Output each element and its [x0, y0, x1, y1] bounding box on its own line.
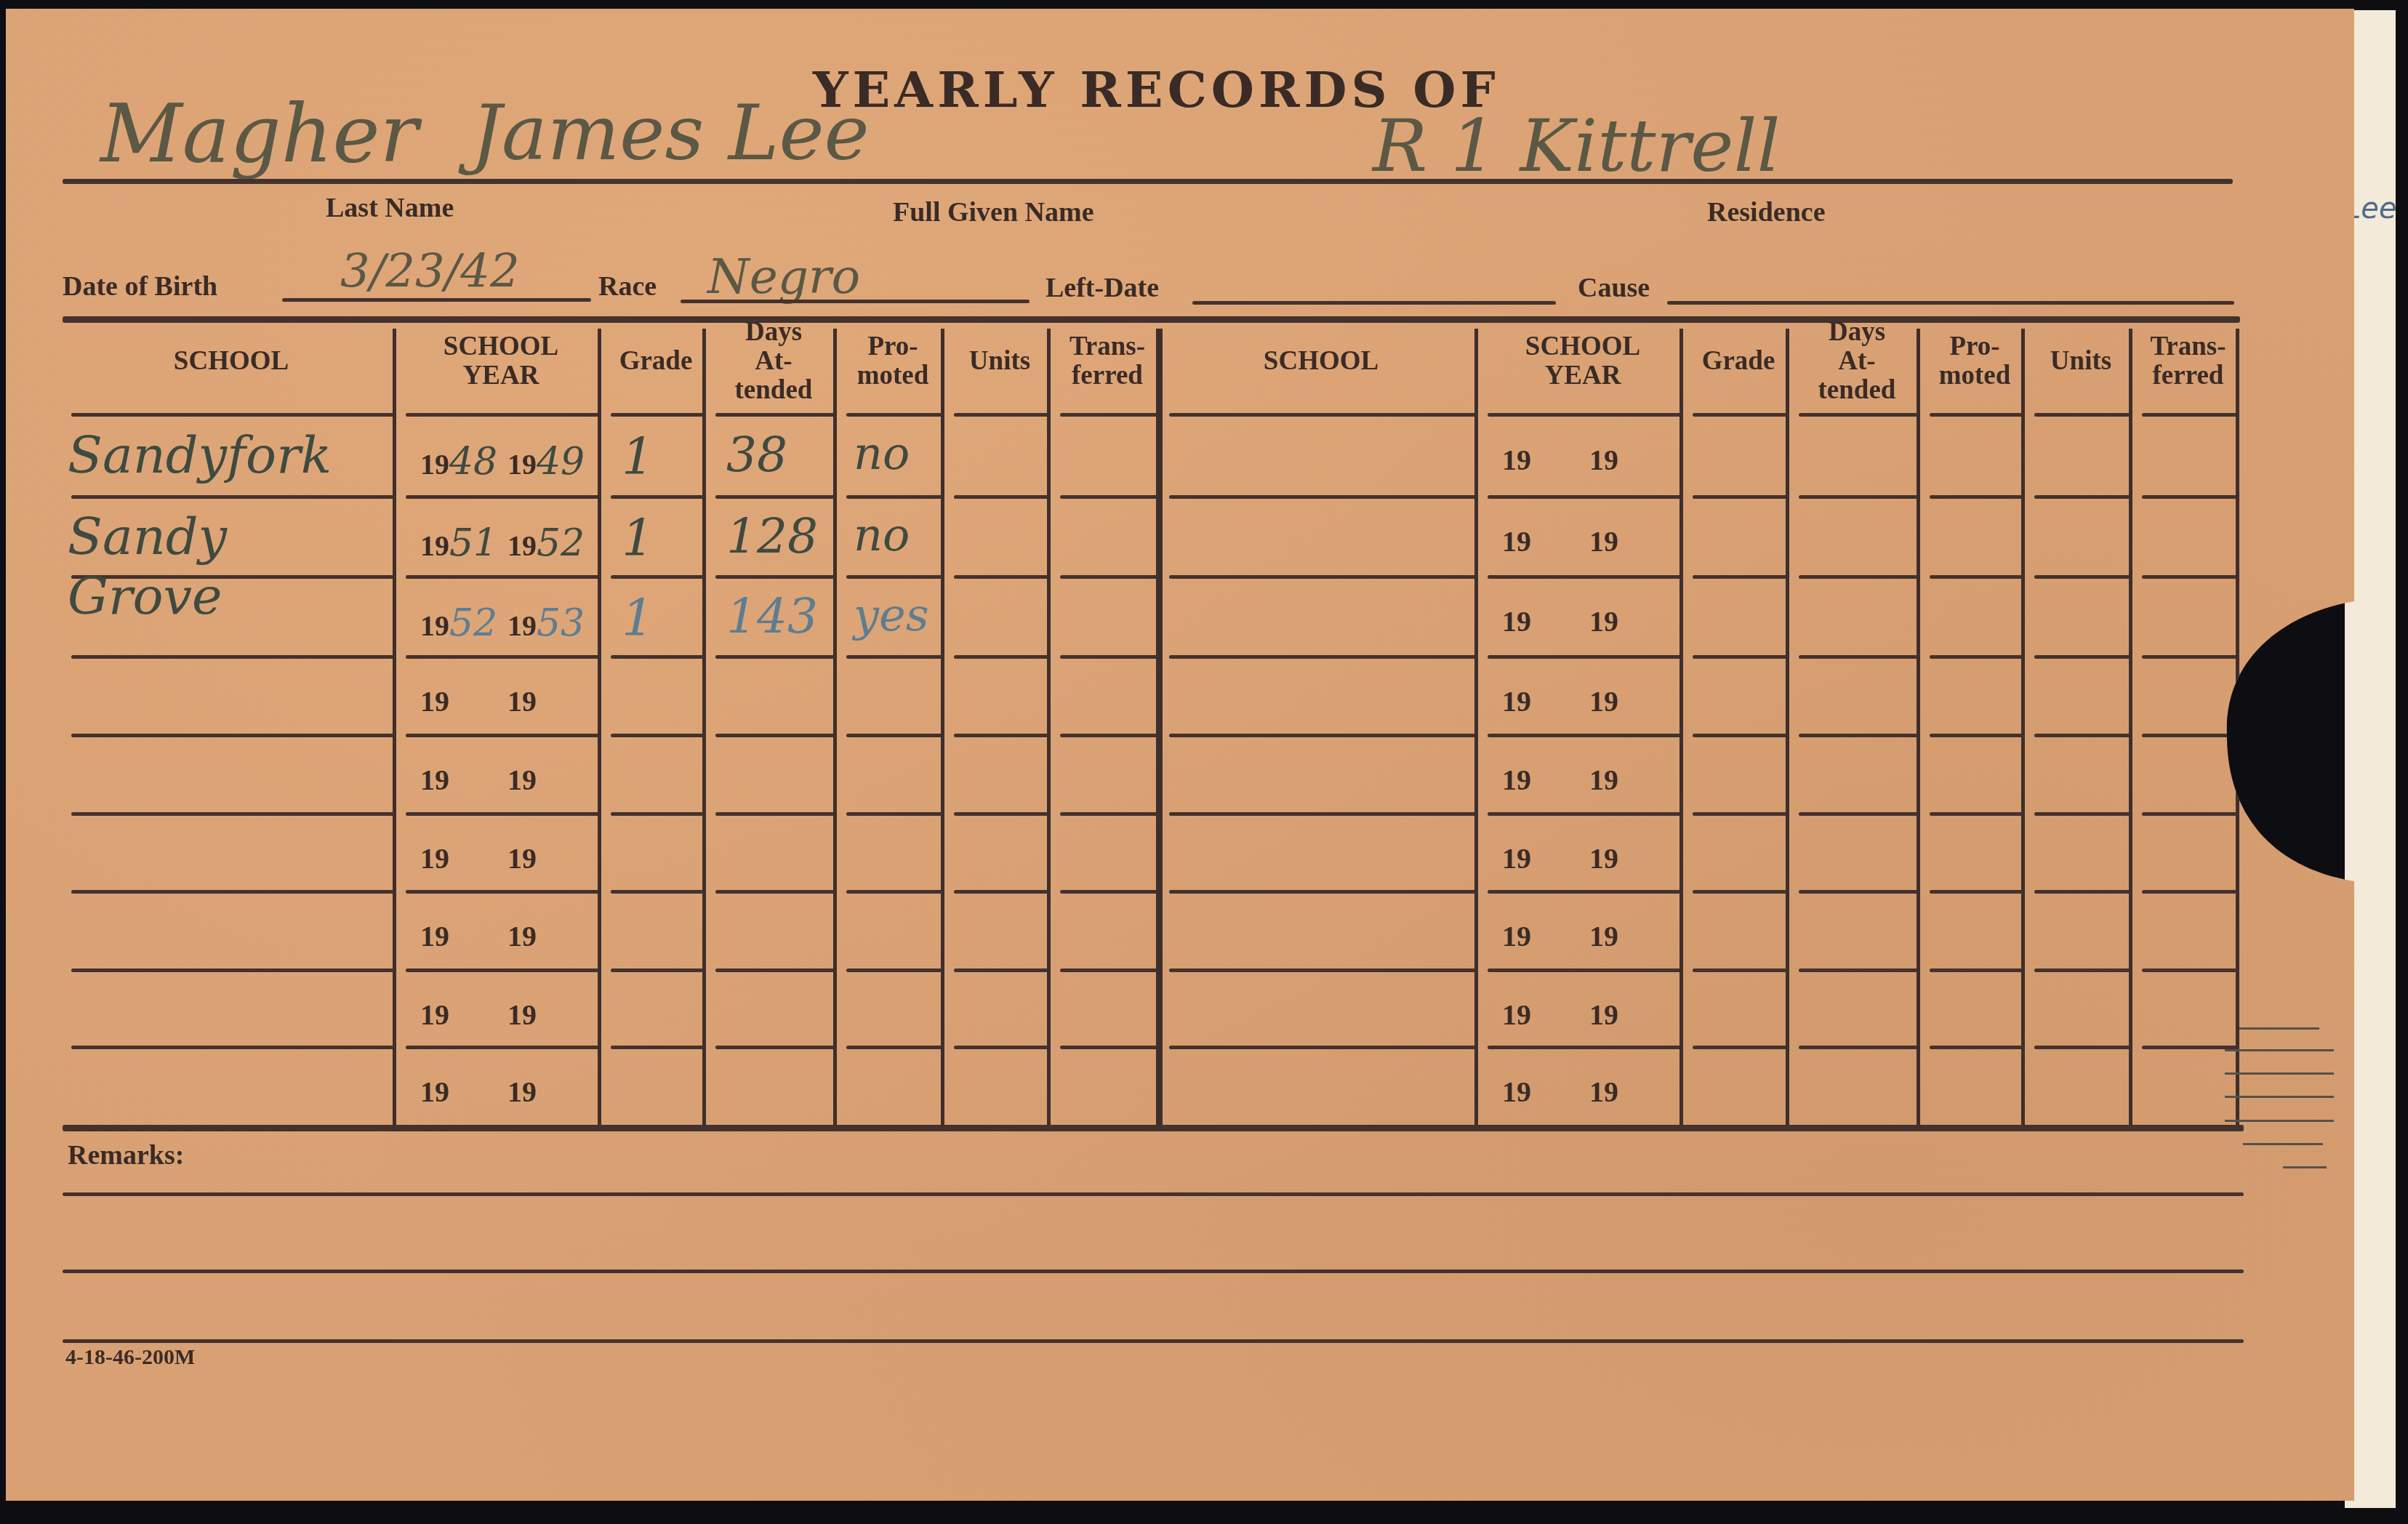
year-start: 19 [420, 919, 449, 953]
table-bottom-border [63, 1125, 2244, 1131]
header-text: Pro- [1922, 332, 2027, 361]
header-text: Grade [1685, 347, 1791, 376]
left-row-divider [715, 495, 835, 499]
year-end: 19 [507, 919, 537, 953]
right-row-divider [2034, 495, 2130, 499]
year-start: 19 [1502, 524, 1531, 558]
left-header-transferred: Trans-ferred [1053, 332, 1162, 390]
right-row-divider [2034, 812, 2130, 816]
right-table-row[interactable] [1162, 420, 2242, 491]
left-row-divider [1060, 655, 1157, 659]
left-row-divider [846, 575, 942, 579]
race-underline [681, 300, 1030, 303]
header-text: YEAR [1480, 361, 1685, 390]
left-row-divider [1060, 734, 1157, 737]
left-row-divider [715, 968, 835, 972]
left-header-days-attended: DaysAt-tended [708, 318, 839, 405]
left-header-units: Units [947, 347, 1053, 376]
year-end: 1953 [507, 601, 585, 645]
promoted-value: yes [854, 588, 929, 641]
left-header-school-year: SCHOOLYEAR [398, 332, 603, 390]
days-attended-value: 38 [726, 427, 787, 483]
right-header-grade: Grade [1685, 347, 1791, 376]
left-table-row[interactable] [64, 501, 1162, 572]
right-row-divider [1488, 890, 1681, 894]
right-row-divider [1693, 890, 1787, 894]
left-table-row[interactable] [64, 896, 1162, 967]
right-row-divider [2142, 1046, 2237, 1049]
year-end: 19 [1589, 763, 1618, 797]
left-row-divider [846, 495, 942, 499]
left-row-divider [846, 734, 942, 737]
left-date-field[interactable] [1192, 301, 1556, 305]
left-row-divider [1060, 575, 1157, 579]
right-row-divider [1169, 655, 1476, 659]
right-header-promoted: Pro-moted [1922, 332, 2027, 390]
right-row-divider [1930, 890, 2023, 894]
right-row-divider [1930, 734, 2023, 737]
left-row-divider [715, 575, 835, 579]
right-row-divider [2142, 575, 2237, 579]
residence-label: Residence [1707, 196, 1826, 228]
right-row-divider [1488, 413, 1681, 417]
given-name-value: James Lee [471, 89, 870, 177]
header-text: ferred [2135, 361, 2242, 390]
right-row-divider [1930, 968, 2023, 972]
header-text: At- [708, 347, 839, 376]
left-row-divider [611, 890, 704, 894]
header-text: moted [839, 361, 947, 390]
right-row-divider [1799, 575, 1918, 579]
right-row-divider [2034, 655, 2130, 659]
left-row-divider [846, 890, 942, 894]
left-row-divider [611, 734, 704, 737]
year-end: 19 [507, 998, 537, 1032]
left-row-divider [1060, 413, 1157, 417]
race-value: Negro [707, 249, 860, 305]
right-row-divider [1693, 734, 1787, 737]
year-end: 19 [1589, 524, 1618, 558]
given-name-label: Full Given Name [893, 196, 1094, 228]
right-table-row[interactable] [1162, 739, 2242, 811]
left-row-divider [406, 1046, 599, 1049]
right-row-divider [2142, 812, 2237, 816]
right-row-divider [1693, 1046, 1787, 1049]
days-attended-value: 143 [726, 588, 818, 644]
remarks-line-1[interactable] [63, 1192, 2244, 1196]
left-row-divider [71, 890, 394, 894]
right-header-transferred: Trans-ferred [2135, 332, 2242, 390]
left-row-divider [954, 655, 1048, 659]
left-row-divider [715, 734, 835, 737]
remarks-label: Remarks: [68, 1139, 184, 1171]
left-row-divider [71, 968, 394, 972]
left-row-divider [406, 890, 599, 894]
right-row-divider [1169, 812, 1476, 816]
header-text: moted [1922, 361, 2027, 390]
year-end: 19 [1589, 1075, 1618, 1109]
left-row-divider [611, 968, 704, 972]
left-header-school: SCHOOL [64, 347, 398, 376]
year-start: 19 [1502, 684, 1531, 718]
right-row-divider [2142, 495, 2237, 499]
right-row-divider [1693, 413, 1787, 417]
right-row-divider [2034, 734, 2130, 737]
left-row-divider [406, 812, 599, 816]
right-row-divider [2034, 575, 2130, 579]
header-text: tended [708, 376, 839, 405]
left-row-divider [71, 495, 394, 499]
right-table-row[interactable] [1162, 818, 2242, 889]
header-text: SCHOOL [398, 332, 603, 361]
right-table-row[interactable] [1162, 501, 2242, 572]
year-end: 19 [507, 841, 537, 875]
right-row-divider [1799, 413, 1918, 417]
year-end: 1949 [507, 440, 585, 484]
right-row-divider [1488, 812, 1681, 816]
left-row-divider [406, 968, 599, 972]
left-row-divider [1060, 890, 1157, 894]
left-row-divider [406, 734, 599, 737]
right-row-divider [1488, 968, 1681, 972]
right-header-school-year: SCHOOLYEAR [1480, 332, 1685, 390]
left-row-divider [846, 655, 942, 659]
year-end: 19 [507, 684, 537, 718]
header-text: SCHOOL [1162, 347, 1480, 376]
right-row-divider [1799, 655, 1918, 659]
left-row-divider [1060, 1046, 1157, 1049]
year-start: 1948 [420, 440, 497, 484]
header-text: SCHOOL [64, 347, 398, 376]
year-start: 19 [420, 1075, 449, 1109]
right-row-divider [2142, 890, 2237, 894]
left-row-divider [846, 812, 942, 816]
right-table-row[interactable] [1162, 896, 2242, 967]
right-row-divider [1169, 890, 1476, 894]
right-table-row[interactable] [1162, 974, 2242, 1046]
right-row-divider [2142, 655, 2237, 659]
left-row-divider [406, 655, 599, 659]
right-row-divider [1930, 812, 2023, 816]
right-row-divider [1799, 734, 1918, 737]
grade-value: 1 [622, 588, 654, 648]
header-text: ferred [1053, 361, 1162, 390]
left-row-divider [611, 495, 704, 499]
right-table-row[interactable] [1162, 581, 2242, 652]
year-start: 19 [420, 684, 449, 718]
dob-value: 3/23/42 [340, 245, 520, 299]
right-row-divider [1930, 655, 2023, 659]
cause-field[interactable] [1667, 301, 2234, 305]
right-header-units: Units [2027, 347, 2135, 376]
right-row-divider [1930, 413, 2023, 417]
left-row-divider [846, 413, 942, 417]
left-row-divider [715, 890, 835, 894]
header-text: Trans- [1053, 332, 1162, 361]
left-row-divider [406, 495, 599, 499]
year-start: 19 [420, 998, 449, 1032]
name-line [63, 179, 2233, 184]
header-text: Days [1791, 318, 1922, 347]
right-row-divider [1693, 495, 1787, 499]
right-row-divider [2034, 1046, 2130, 1049]
record-card: YEARLY RECORDS OF Magher James Lee R 1 K… [6, 9, 2354, 1501]
left-row-divider [611, 655, 704, 659]
year-start: 1952 [420, 601, 497, 645]
left-row-divider [954, 413, 1048, 417]
year-end: 19 [1589, 998, 1618, 1032]
right-row-divider [1799, 495, 1918, 499]
right-row-divider [2142, 734, 2237, 737]
left-row-divider [715, 655, 835, 659]
left-row-divider [954, 734, 1048, 737]
right-row-divider [1488, 1046, 1681, 1049]
left-row-divider [611, 575, 704, 579]
year-start: 19 [1502, 604, 1531, 638]
left-table-row[interactable] [64, 818, 1162, 889]
header-text: Trans- [2135, 332, 2242, 361]
remarks-line-2[interactable] [63, 1270, 2244, 1273]
residence-value: R 1 Kittrell [1373, 103, 1781, 188]
header-text: SCHOOL [1480, 332, 1685, 361]
left-row-divider [715, 812, 835, 816]
right-row-divider [1169, 495, 1476, 499]
left-row-divider [71, 812, 394, 816]
year-end: 19 [507, 763, 537, 797]
year-end: 19 [1589, 841, 1618, 875]
left-row-divider [406, 575, 599, 579]
left-date-label: Left-Date [1046, 272, 1159, 304]
left-table-row[interactable] [64, 1051, 1162, 1123]
left-row-divider [715, 413, 835, 417]
right-row-divider [1169, 413, 1476, 417]
left-row-divider [406, 413, 599, 417]
year-end: 19 [1589, 604, 1618, 638]
left-row-divider [611, 1046, 704, 1049]
left-row-divider [954, 575, 1048, 579]
right-row-divider [1488, 575, 1681, 579]
right-row-divider [1169, 968, 1476, 972]
right-row-divider [1488, 655, 1681, 659]
dob-underline [282, 298, 591, 302]
left-row-divider [1060, 812, 1157, 816]
right-row-divider [2142, 968, 2237, 972]
right-row-divider [1930, 495, 2023, 499]
right-row-divider [1693, 968, 1787, 972]
right-table-row[interactable] [1162, 1051, 2242, 1123]
school-name: Sandyfork [68, 425, 332, 485]
last-name-value: Magher [100, 87, 418, 180]
year-end: 19 [507, 1075, 537, 1109]
right-row-divider [1488, 734, 1681, 737]
left-row-divider [71, 655, 394, 659]
form-number: 4-18-46-200M [65, 1345, 195, 1370]
left-row-divider [71, 734, 394, 737]
right-row-divider [1169, 734, 1476, 737]
left-row-divider [954, 495, 1048, 499]
left-row-divider [1060, 495, 1157, 499]
right-row-divider [1930, 575, 2023, 579]
right-row-divider [1799, 812, 1918, 816]
left-row-divider [954, 968, 1048, 972]
days-attended-value: 128 [726, 508, 818, 564]
left-header-grade: Grade [603, 347, 708, 376]
remarks-line-3[interactable] [63, 1339, 2244, 1343]
left-row-divider [954, 1046, 1048, 1049]
left-row-divider [954, 890, 1048, 894]
cause-label: Cause [1578, 272, 1650, 304]
year-start: 19 [1502, 919, 1531, 953]
left-header-promoted: Pro-moted [839, 332, 947, 390]
year-start: 1951 [420, 521, 497, 565]
last-name-label: Last Name [326, 192, 454, 224]
header-text: Units [947, 347, 1053, 376]
right-row-divider [2034, 890, 2130, 894]
right-header-school: SCHOOL [1162, 347, 1480, 376]
right-row-divider [2034, 413, 2130, 417]
right-table-row[interactable] [1162, 661, 2242, 732]
right-row-divider [1693, 575, 1787, 579]
right-row-divider [1169, 575, 1476, 579]
right-row-divider [2142, 413, 2237, 417]
promoted-value: no [854, 508, 910, 561]
year-start: 19 [1502, 841, 1531, 875]
right-row-divider [1693, 655, 1787, 659]
right-header-days-attended: DaysAt-tended [1791, 318, 1922, 405]
left-row-divider [1060, 968, 1157, 972]
header-text: Days [708, 318, 839, 347]
year-end: 19 [1589, 919, 1618, 953]
right-row-divider [1799, 968, 1918, 972]
left-table-row[interactable] [64, 974, 1162, 1046]
year-start: 19 [1502, 998, 1531, 1032]
header-text: YEAR [398, 361, 603, 390]
left-row-divider [71, 1046, 394, 1049]
left-row-divider [954, 812, 1048, 816]
left-row-divider [846, 968, 942, 972]
year-start: 19 [1502, 1075, 1531, 1109]
left-table-row[interactable] [64, 739, 1162, 811]
header-text: At- [1791, 347, 1922, 376]
grade-value: 1 [622, 427, 654, 486]
header-text: tended [1791, 376, 1922, 405]
year-end: 19 [1589, 443, 1618, 477]
year-end: 1952 [507, 521, 585, 565]
promoted-value: no [854, 427, 910, 480]
left-row-divider [846, 1046, 942, 1049]
header-text: Grade [603, 347, 708, 376]
left-row-divider [71, 413, 394, 417]
dob-label: Date of Birth [63, 270, 217, 302]
header-text: Pro- [839, 332, 947, 361]
right-row-divider [1169, 1046, 1476, 1049]
right-row-divider [2034, 968, 2130, 972]
year-start: 19 [1502, 443, 1531, 477]
year-start: 19 [1502, 763, 1531, 797]
right-row-divider [1693, 812, 1787, 816]
left-row-divider [611, 413, 704, 417]
race-label: Race [598, 270, 657, 302]
right-row-divider [1799, 1046, 1918, 1049]
right-row-divider [1799, 890, 1918, 894]
left-row-divider [611, 812, 704, 816]
header-text: Units [2027, 347, 2135, 376]
left-table-row[interactable] [64, 581, 1162, 652]
left-row-divider [715, 1046, 835, 1049]
right-row-divider [1930, 1046, 2023, 1049]
grade-value: 1 [622, 508, 654, 568]
right-row-divider [1488, 495, 1681, 499]
year-start: 19 [420, 763, 449, 797]
year-end: 19 [1589, 684, 1618, 718]
left-table-row[interactable] [64, 661, 1162, 732]
year-start: 19 [420, 841, 449, 875]
